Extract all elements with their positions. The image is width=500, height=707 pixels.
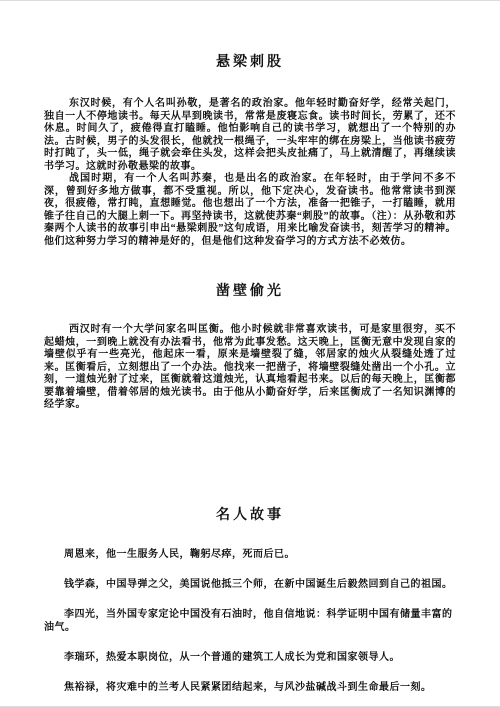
section-title-xuanliang-cigu: 悬梁刺股 <box>44 51 456 71</box>
section-title-zaobi-touguang: 凿壁偷光 <box>44 280 456 300</box>
paragraph-suqin-story: 战国时期，有一个人名叫苏秦，也是出名的政治家。在年轻时，由于学问不多不深，曾到好… <box>44 173 456 248</box>
famous-people-list: 周恩来，他一生服务人民，鞠躬尽瘁，死而后已。 钱学森，中国导弹之父，美国说他抵三… <box>44 548 456 694</box>
person-item-lisiguang: 李四光，当外国专家定论中国没有石油时，他自信地说：科学证明中国有储量丰富的油气。 <box>44 608 456 634</box>
section-title-mingren-gushi: 名人故事 <box>44 504 456 524</box>
person-item-qianxuesen: 钱学森，中国导弹之父，美国说他抵三个师，在新中国诞生后毅然回到自己的祖国。 <box>44 578 456 591</box>
paragraph-sunjing-story: 东汉时候，有个人名叫孙敬，是著名的政治家。他年轻时勤奋好学，经常关起门，独自一人… <box>44 98 456 173</box>
document-page: 悬梁刺股 东汉时候，有个人名叫孙敬，是著名的政治家。他年轻时勤奋好学，经常关起门… <box>0 0 500 707</box>
person-item-jiaoyulu: 焦裕禄，将灾难中的兰考人民紧紧团结起来，与风沙盐碱战斗到生命最后一刻。 <box>44 681 456 694</box>
person-item-liruihuan: 李瑞环，热爱本职岗位，从一个普通的建筑工人成长为党和国家领导人。 <box>44 651 456 664</box>
person-item-zhouenlai: 周恩来，他一生服务人民，鞠躬尽瘁，死而后已。 <box>44 548 456 561</box>
paragraph-kuangheng-story: 西汉时有一个大学问家名叫匡衡。他小时候就非常喜欢读书，可是家里很穷，买不起蜡烛，… <box>44 324 456 412</box>
